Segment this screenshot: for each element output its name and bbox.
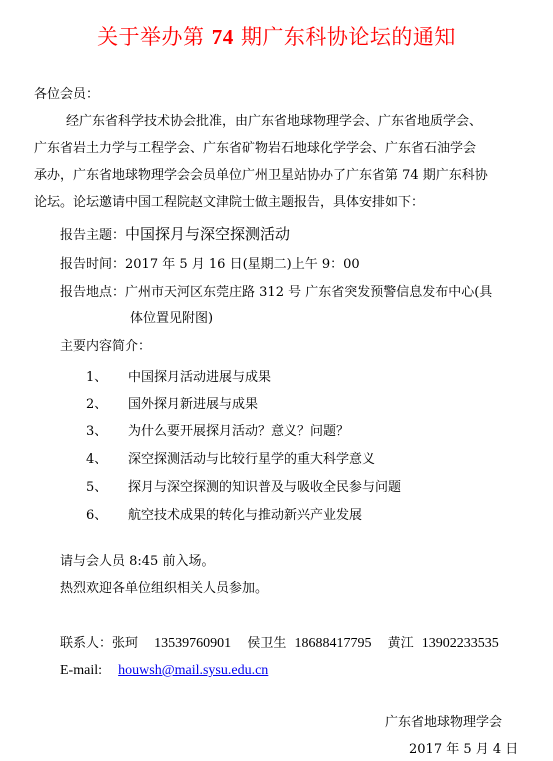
signature-date: 2017 年 5 月 4 日 bbox=[409, 741, 518, 759]
list-item-text: 国外探月新进展与成果 bbox=[128, 396, 258, 414]
intro-line-1: 经广东省科学技术协会批准，由广东省地球物理学会、广东省地质学会、 bbox=[66, 113, 482, 131]
contact-name: 黄江 bbox=[388, 636, 414, 651]
list-item-text: 航空技术成果的转化与推动新兴产业发展 bbox=[128, 507, 362, 525]
signature-organization: 广东省地球物理学会 bbox=[385, 714, 502, 732]
report-time: 报告时间：2017 年 5 月 16 日(星期二)上午 9：00 bbox=[60, 256, 360, 274]
report-location: 报告地点：广州市天河区东莞庄路 312 号 广东省突发预警信息发布中心(具 bbox=[60, 284, 492, 302]
list-item-number: 2、 bbox=[86, 396, 107, 414]
title-suffix: 期广东科协论坛的通知 bbox=[241, 25, 456, 49]
email-link[interactable]: houwsh@mail.sysu.edu.cn bbox=[118, 663, 268, 678]
email-line: E-mail: houwsh@mail.sysu.edu.cn bbox=[60, 662, 268, 680]
time-value: 2017 年 5 月 16 日(星期二)上午 9：00 bbox=[125, 257, 360, 272]
list-item-number: 6、 bbox=[86, 507, 107, 525]
list-item-text: 探月与深空探测的知识普及与吸收全民参与问题 bbox=[128, 479, 401, 497]
list-item-text: 中国探月活动进展与成果 bbox=[128, 369, 271, 387]
list-item-number: 1、 bbox=[86, 369, 107, 387]
intro-line-4: 论坛。论坛邀请中国工程院赵文津院士做主题报告，具体安排如下： bbox=[34, 194, 424, 212]
contact-name: 张珂 bbox=[112, 636, 138, 651]
title-prefix: 关于举办第 bbox=[97, 25, 205, 49]
arrival-note: 请与会人员 8:45 前入场。 bbox=[60, 553, 214, 571]
topic-value: 中国探月与深空探测活动 bbox=[125, 225, 290, 243]
location-value-line1: 广州市天河区东莞庄路 312 号 广东省突发预警信息发布中心(具 bbox=[125, 285, 492, 300]
contact-phone: 18688417795 bbox=[294, 636, 371, 651]
contact-phone: 13902233535 bbox=[422, 636, 499, 651]
intro-line-2: 广东省岩土力学与工程学会、广东省矿物岩石地球化学学会、广东省石油学会 bbox=[34, 140, 476, 158]
list-item-text: 深空探测活动与比较行星学的重大科学意义 bbox=[128, 451, 375, 469]
contacts-label: 联系人： bbox=[60, 636, 112, 651]
report-topic: 报告主题：中国探月与深空探测活动 bbox=[60, 225, 290, 245]
welcome-note: 热烈欢迎各单位组织相关人员参加。 bbox=[60, 580, 268, 598]
location-label: 报告地点： bbox=[60, 285, 125, 300]
title-issue-number: 74 bbox=[212, 25, 234, 49]
list-item-text: 为什么要开展探月活动？意义？问题？ bbox=[128, 423, 349, 441]
intro-line-3: 承办，广东省地球物理学会会员单位广州卫星站协办了广东省第 74 期广东科协 bbox=[34, 167, 488, 185]
topic-label: 报告主题： bbox=[60, 228, 125, 243]
contents-heading: 主要内容简介： bbox=[60, 338, 151, 356]
contacts-line: 联系人：张珂 13539760901 侯卫生 18688417795 黄江 13… bbox=[60, 635, 499, 653]
salutation: 各位会员： bbox=[34, 86, 99, 104]
document-title: 关于举办第 74 期广东科协论坛的通知 bbox=[0, 22, 553, 52]
time-label: 报告时间： bbox=[60, 257, 125, 272]
location-value-line2: 体位置见附图) bbox=[130, 310, 213, 328]
contact-phone: 13539760901 bbox=[154, 636, 231, 651]
list-item-number: 5、 bbox=[86, 479, 107, 497]
list-item-number: 3、 bbox=[86, 423, 107, 441]
contact-name: 侯卫生 bbox=[247, 636, 286, 651]
email-label: E-mail: bbox=[60, 663, 102, 678]
list-item-number: 4、 bbox=[86, 451, 107, 469]
